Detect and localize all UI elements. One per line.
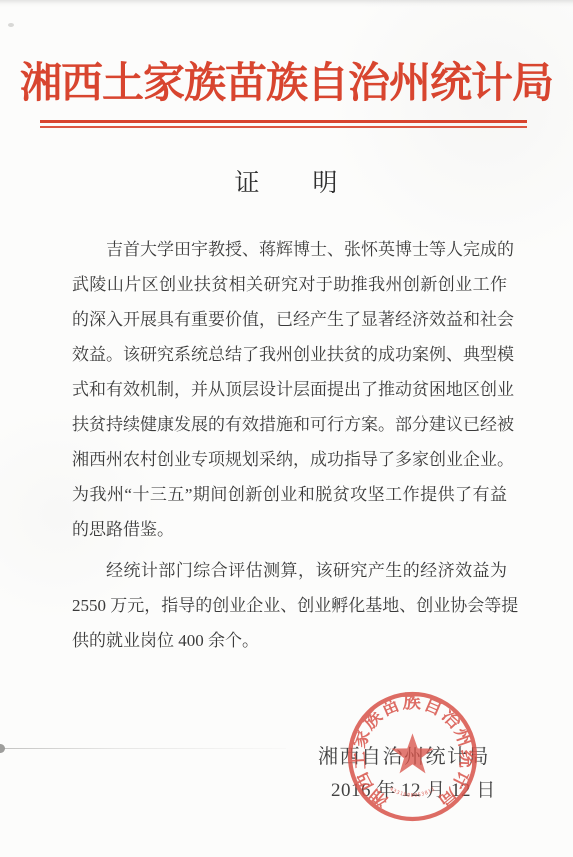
document-body: 吉首大学田宇教授、蒋辉博士、张怀英博士等人完成的 武陵山片区创业扶贫相关研究对于…	[72, 232, 507, 658]
letterhead-divider	[40, 120, 527, 128]
letterhead-title: 湘西土家族苗族自治州统计局	[0, 50, 573, 110]
body-line: 式和有效机制，并从顶层设计层面提出了推动贫困地区创业	[72, 372, 507, 407]
body-line: 效益。该研究系统总结了我州创业扶贫的成功案例、典型模	[72, 337, 507, 372]
body-line: 为我州“十三五”期间创新创业和脱贫攻坚工作提供了有益	[72, 477, 507, 512]
body-line: 的深入开展具有重要价值，已经产生了显著经济效益和社会	[72, 302, 507, 337]
document-page: 湘西土家族苗族自治州统计局 证 明 吉首大学田宇教授、蒋辉博士、张怀英博士等人完…	[0, 0, 573, 857]
seal-code: 4331000053813	[388, 786, 436, 799]
body-line: 扶贫持续健康发展的有效措施和可行方案。部分建议已经被	[72, 407, 507, 442]
document-title: 证 明	[0, 163, 573, 199]
body-line: 经统计部门综合评估测算，该研究产生的经济效益为	[72, 553, 507, 588]
scan-artifact-corner-mark	[8, 23, 14, 27]
body-line: 湘西州农村创业专项规划采纳，成功指导了多家创业企业。	[72, 442, 507, 477]
official-seal: 湘西土家族苗族自治州统计局 4331000053813	[347, 691, 478, 822]
body-line: 武陵山片区创业扶贫相关研究对于助推我州创新创业工作	[72, 267, 507, 302]
scan-artifact-left-line	[4, 748, 286, 749]
body-line: 供的就业岗位 400 余个。	[72, 623, 507, 658]
letterhead-divider-bottom-line	[40, 126, 527, 128]
paragraph-2: 经统计部门综合评估测算，该研究产生的经济效益为 2550 万元，指导的创业企业、…	[72, 553, 507, 658]
seal-star-icon	[391, 733, 433, 773]
body-line: 吉首大学田宇教授、蒋辉博士、张怀英博士等人完成的	[72, 232, 507, 267]
body-line: 的思路借鉴。	[72, 512, 507, 547]
paragraph-1: 吉首大学田宇教授、蒋辉博士、张怀英博士等人完成的 武陵山片区创业扶贫相关研究对于…	[72, 232, 507, 547]
scan-artifact-top-edge	[0, 0, 573, 7]
body-line: 2550 万元，指导的创业企业、创业孵化基地、创业协会等提	[72, 588, 507, 623]
